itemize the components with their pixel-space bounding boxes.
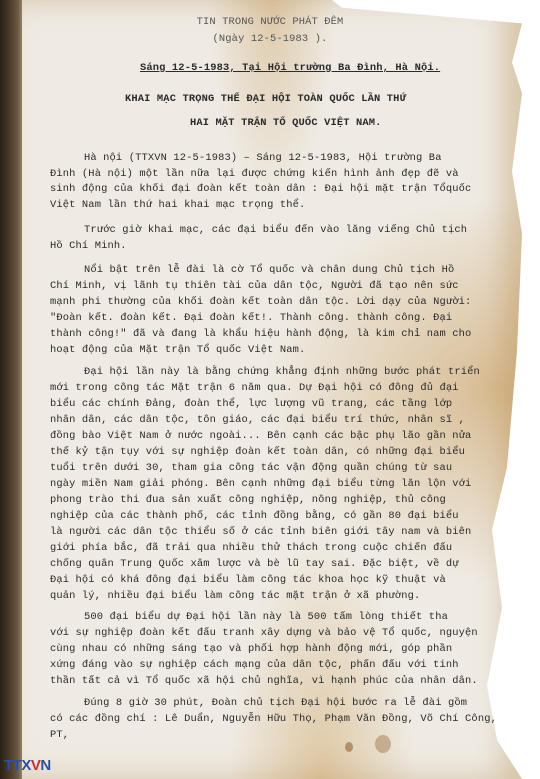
body-line: thần tất cả vì Tổ quốc xã hội chủ nghĩa,…	[50, 675, 478, 687]
body-line: giới phía bắc, đã trải qua nhiều thử thá…	[50, 542, 452, 554]
ttxvn-logo: TTXVN	[4, 757, 51, 774]
logo-text: TTX	[4, 757, 31, 774]
body-line: Nổi bật trên lễ đài là cờ Tổ quốc và châ…	[84, 264, 454, 276]
body-line: nghiệp của các thành phố, các tỉnh đồng …	[50, 510, 459, 522]
body-line: mới trong công tác Mặt trận 6 năm qua. D…	[50, 382, 459, 394]
headline-line-1: KHAI MẠC TRỌNG THỂ ĐẠI HỘI TOÀN QUỐC LẦN…	[125, 93, 406, 105]
body-line: Chí Minh, vị lãnh tụ thiên tài của dân t…	[50, 280, 459, 292]
body-line: Đại hội lần này là bằng chứng khẳng định…	[84, 366, 480, 378]
body-line: ngày miền Nam giải phóng. Bên cạnh những…	[50, 478, 471, 490]
body-line: Đúng 8 giờ 30 phút, Đoàn chủ tịch Đại hộ…	[84, 697, 467, 709]
body-line: nhân dân, các dân tộc, tôn giáo, các đại…	[50, 414, 465, 426]
body-line: sinh động của khối đại đoàn kết toàn dân…	[50, 183, 471, 195]
body-line: Đại hội có khá đông đại biểu làm công tá…	[50, 574, 446, 586]
logo-text: N	[40, 757, 50, 774]
body-line: thế kỷ tận tụy với sự nghiệp đoàn kết to…	[50, 446, 465, 458]
body-line: xứng đáng vào sự nghiệp cách mạng của dâ…	[50, 659, 459, 671]
date-line: (Ngày 12-5-1983 ).	[0, 33, 540, 45]
agency-line: TIN TRONG NƯỚC PHÁT ĐÊM	[0, 16, 540, 28]
body-line: hoạt động của Mặt trận Tổ quốc Việt Nam.	[50, 344, 305, 356]
headline-line-2: HAI MẶT TRẬN TỔ QUỐC VIỆT NAM.	[190, 117, 382, 129]
typewritten-document: TIN TRONG NƯỚC PHÁT ĐÊM (Ngày 12-5-1983 …	[0, 0, 540, 779]
body-line: Hồ Chí Minh.	[50, 240, 127, 252]
body-line: phong trào thi đua sản xuất công nghiệp,…	[50, 494, 446, 506]
body-line: Trước giờ khai mạc, các đại biểu đến vào…	[84, 224, 467, 236]
body-line: quản lý, nhiều đại biểu làm công tác mặt…	[50, 590, 420, 602]
body-line: là người các dân tộc thiểu số ở các tỉnh…	[50, 526, 471, 538]
body-line: chống quân Trung Quốc xâm lược và bè lũ …	[50, 558, 459, 570]
body-line: đồng bào Việt Nam ở nước ngoài... Bên cạ…	[50, 430, 471, 442]
body-line: PT,	[50, 729, 69, 741]
body-line: thành công!" đã và đang là khẩu hiệu hàn…	[50, 328, 471, 340]
body-line: biểu các chính Đảng, đoàn thể, lực lượng…	[50, 398, 452, 410]
body-line: tuổi trên dưới 30, tham gia công tác vận…	[50, 462, 452, 474]
body-line: 500 đại biểu dự Đại hội lần này là 500 t…	[84, 611, 448, 623]
dateline: Sáng 12-5-1983, Tại Hội trường Ba Đình, …	[140, 62, 440, 74]
body-line: cùng nhau có những sáng tạo và phối hợp …	[50, 643, 452, 655]
body-line: "Đoàn kết. đoàn kết. Đại đoàn kết!. Thàn…	[50, 312, 452, 324]
body-line: Đình (Hà nội) một lần nữa lại được chứng…	[50, 168, 459, 180]
ink-stain	[375, 735, 391, 753]
body-line: mạnh phi thường của khối đoàn kết toàn d…	[50, 296, 471, 308]
logo-flag-letter: V	[31, 757, 41, 774]
ink-stain	[345, 742, 353, 752]
body-line: Hà nội (TTXVN 12-5-1983) – Sáng 12-5-198…	[84, 152, 442, 164]
body-line: với sự nghiệp đoàn kết đấu tranh xây dựn…	[50, 627, 478, 639]
body-line: Việt Nam lần thứ hai khai mạc trọng thể.	[50, 199, 305, 211]
body-line: có các đồng chí : Lê Duẩn, Nguyễn Hữu Th…	[50, 713, 497, 725]
